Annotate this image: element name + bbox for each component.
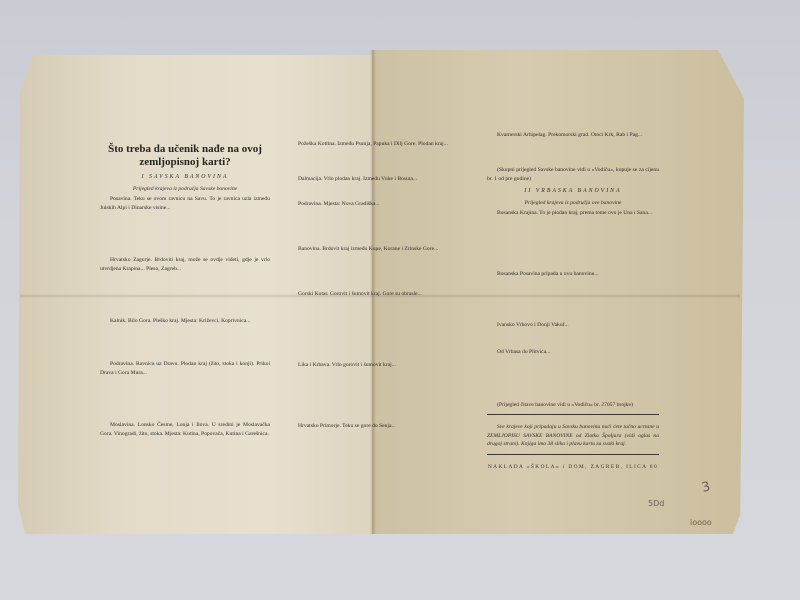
- paragraph: (Prijegled čitave banovine vidi u »Vodič…: [487, 401, 659, 411]
- section-heading-savska: I SAVSKA BANOVINA: [100, 173, 270, 182]
- paragraph: Od Vrbasa do Plitvica...: [487, 348, 659, 400]
- document-title: Što treba da učenik nađe na ovoj zemljop…: [100, 143, 270, 169]
- section-heading-vrbaska: II VRBASKA BANOVINA: [487, 187, 659, 196]
- handwritten-mark: ioooo: [690, 518, 712, 527]
- paragraph: Bosanska Krajina. To je plodan kraj, pre…: [487, 209, 659, 269]
- subheading-vrbaska: Prijegled krajeva iz područja ove banovi…: [487, 199, 659, 208]
- paragraph: Bosanska Posavina pripada u ovu banovinu…: [487, 270, 659, 320]
- paragraph: Lika i Krbava. Vrlo gorovit i šumovit kr…: [288, 361, 456, 421]
- paragraph: Hrvatsko Zagorje. Brdoviti kraj, može se…: [100, 256, 270, 316]
- paragraph: Moslavina. Lonsko Česme, Lonja i Ilova. …: [100, 421, 270, 451]
- divider: [487, 414, 659, 415]
- paragraph: Dalmacija. Vrlo plodan kraj. Između Vuke…: [288, 175, 456, 199]
- paragraph: Gorski Kotar. Gorovit i šumovit kraj. Go…: [288, 290, 456, 360]
- paragraph: Kvarnerski Arhipelag. Prekomorski grad. …: [487, 131, 659, 165]
- paragraph: Požeška Kotlina. Između Psunja, Papuka i…: [288, 140, 456, 174]
- paragraph: Podravina. Ravnica uz Dravu. Plodan kraj…: [100, 360, 270, 420]
- paragraph: (Skupni prijegled Savske banovine vidi u…: [487, 166, 659, 184]
- right-column: Kvarnerski Arhipelag. Prekomorski grad. …: [487, 131, 659, 472]
- publisher-imprint: NAKLADA »ŠKOLA« i DOM, ZAGREB, ILICA 80: [487, 463, 659, 472]
- paragraph: Ivansko Vrhovo i Donji Vakuf...: [487, 321, 659, 347]
- subheading-savska: Prijegled krajeva iz područja Savske ban…: [100, 185, 270, 194]
- paragraph: Posavina. Teku se ovom ravnicu na Savu. …: [100, 195, 270, 255]
- paragraph: Podravina. Mjesta: Nova Gradiška...: [288, 200, 456, 244]
- middle-column: Požeška Kotlina. Između Psunja, Papuka i…: [288, 140, 456, 483]
- paragraph: Hrvatsko Primorje. Teku se gore do Senja…: [288, 422, 456, 482]
- left-column: Što treba da učenik nađe na ovoj zemljop…: [100, 143, 270, 452]
- divider: [487, 454, 659, 455]
- notice-text: Sve krajeve koji pripadaju u Savsku bano…: [487, 423, 659, 451]
- handwritten-mark: 5Dd: [648, 499, 664, 508]
- paragraph: Kalnik. Bilo Gora. Pleško kraj. Mjesta: …: [100, 317, 270, 359]
- paragraph: Banovina. Brdovit kraj između Kupe, Kora…: [288, 245, 456, 289]
